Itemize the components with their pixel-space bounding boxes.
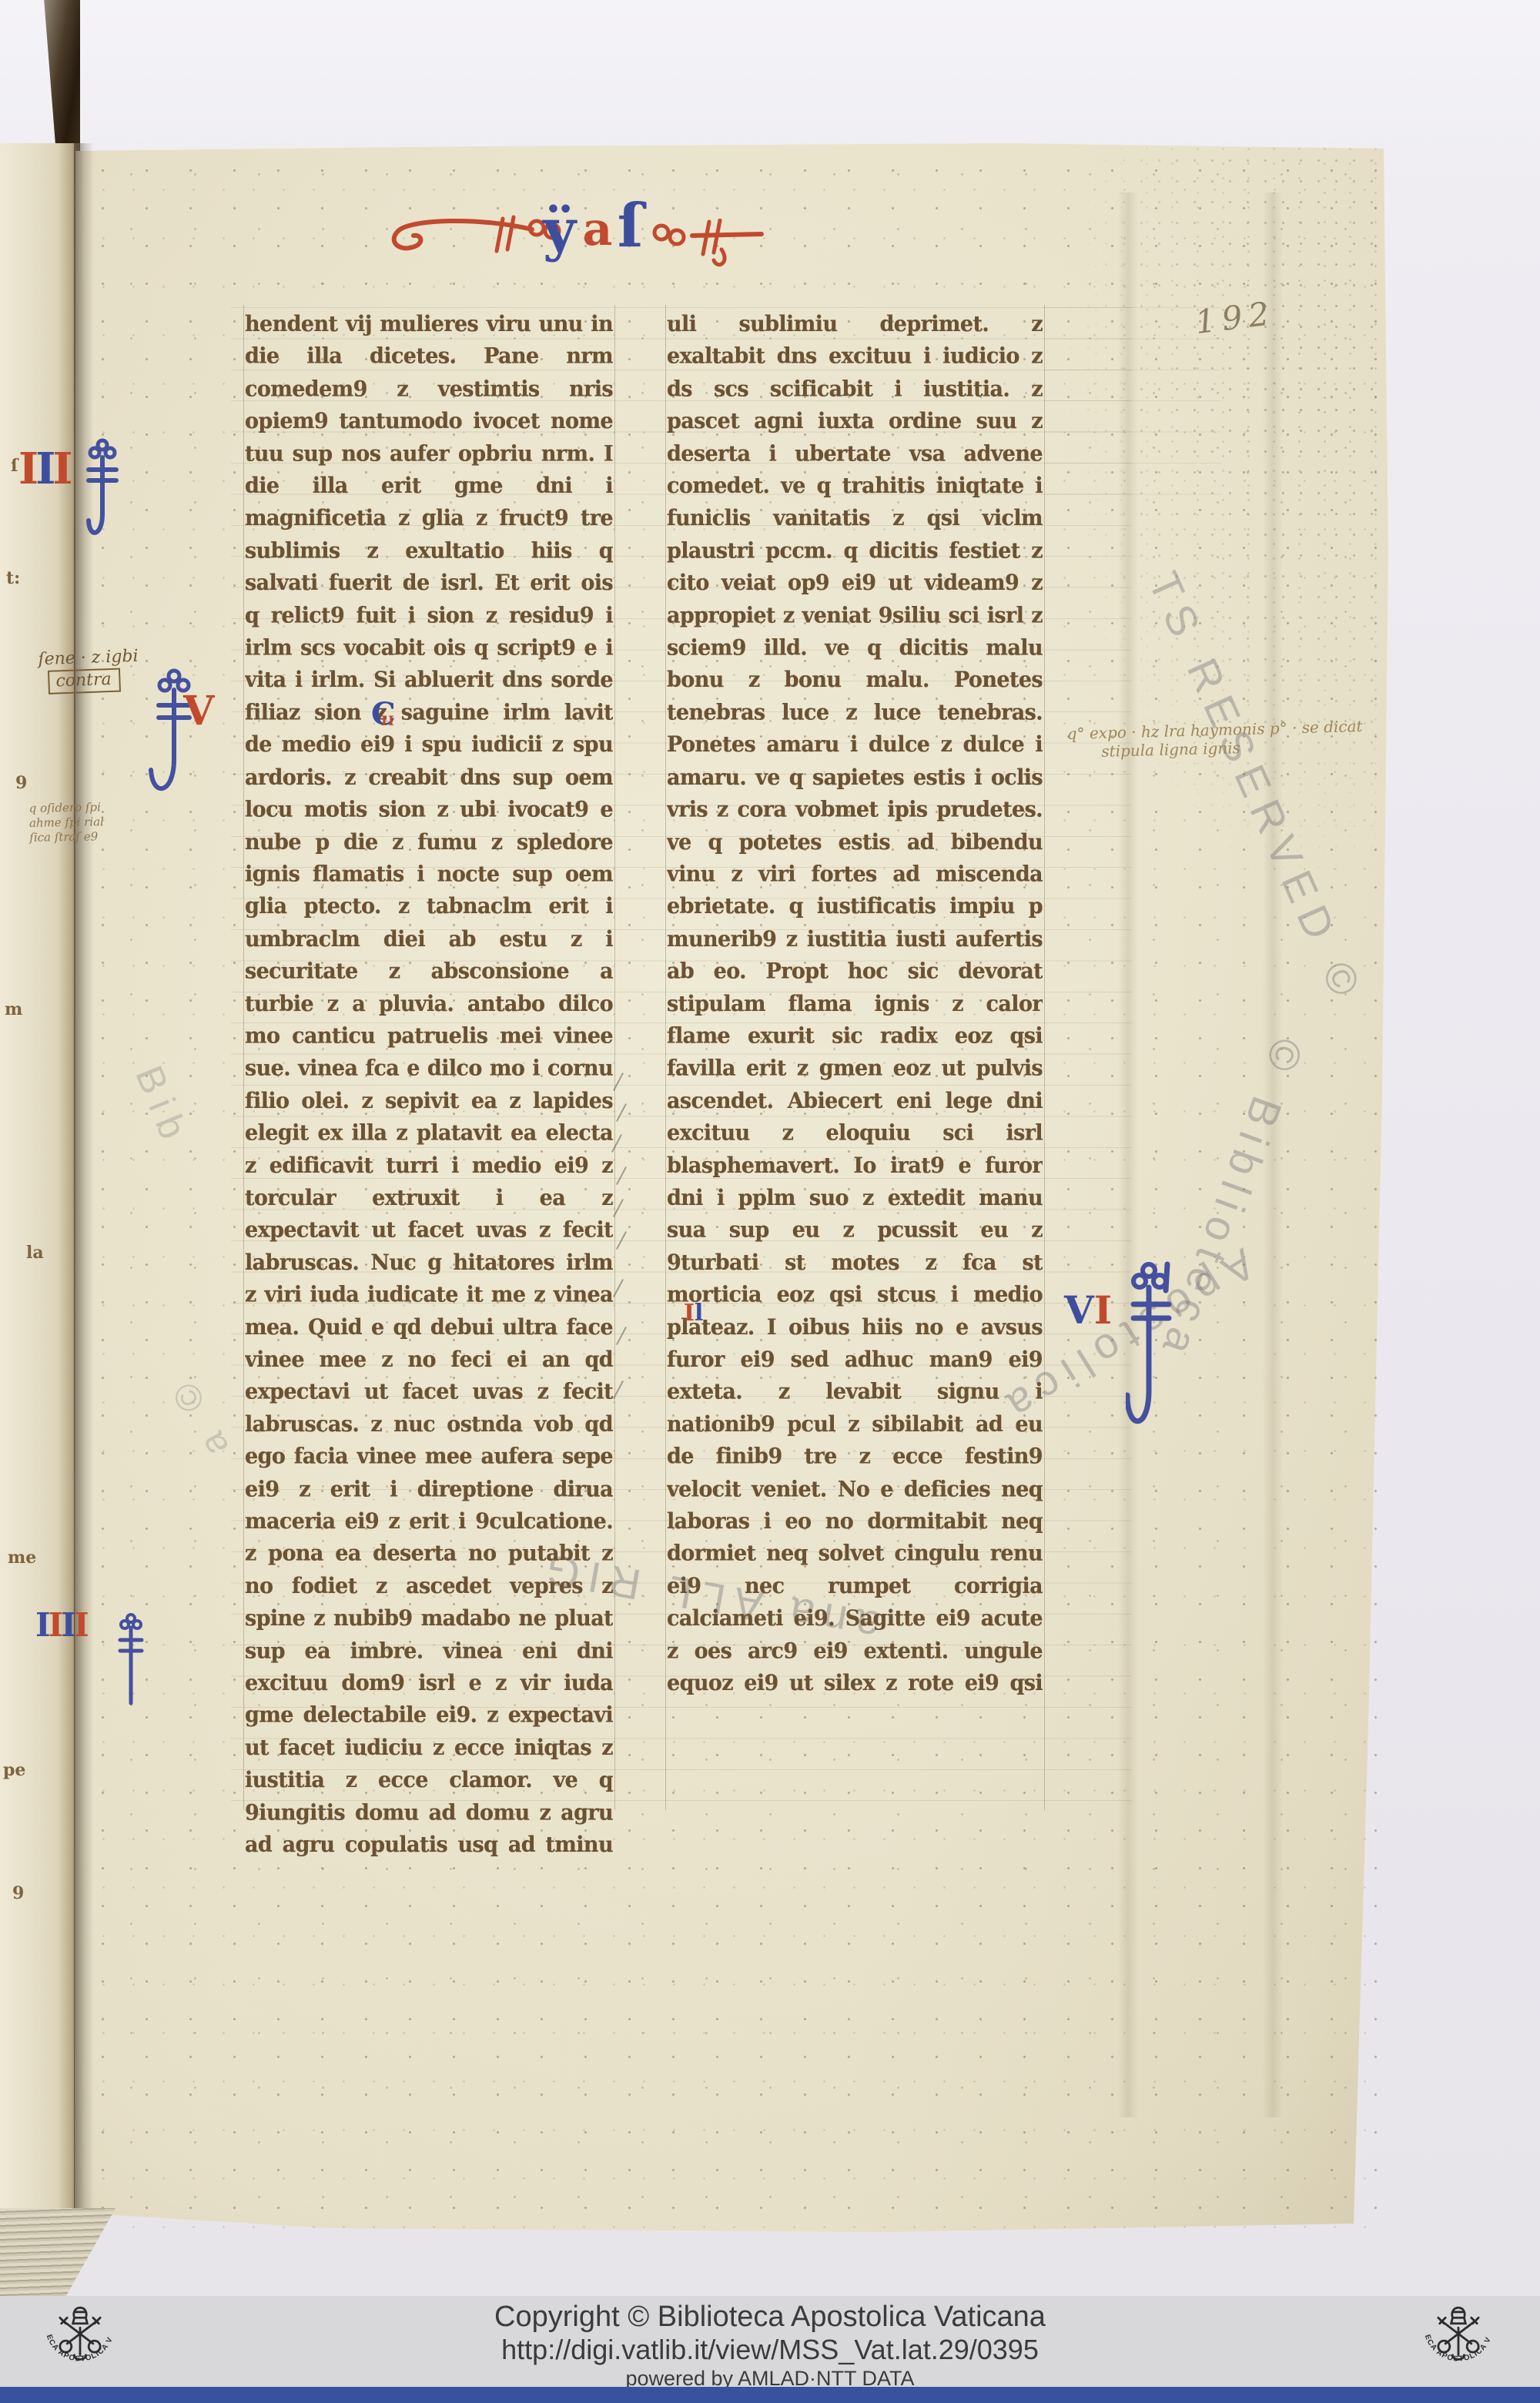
numeral: I xyxy=(61,1606,74,1644)
numeral: I xyxy=(35,443,52,494)
book-binding-edge xyxy=(40,0,80,152)
page-stack-edge xyxy=(0,2208,115,2301)
text-fragment: me xyxy=(8,1548,36,1568)
text-column-right: uli sublimiu deprimet. z exaltabit dns e… xyxy=(667,309,1043,1704)
chapter-mark-iiii: IIII xyxy=(35,1606,87,1644)
header-letter: ÿ xyxy=(543,197,576,263)
ruling-vertical xyxy=(1044,305,1045,1810)
numeral: I xyxy=(74,1606,87,1644)
text-fragment: m xyxy=(5,999,22,1019)
gloss-line: q oſidero ſpi xyxy=(29,800,104,816)
running-header: ÿ a ſ xyxy=(389,192,751,277)
margin-gloss-right: q° expo · hz lra haymonis p° · se dicat … xyxy=(1066,717,1363,761)
margin-gloss-left-small: q oſidero ſpi ahme ſpi rial ſica ſtraſ e… xyxy=(29,800,105,845)
footer-url: http://digi.vatlib.it/view/MSS_Vat.lat.2… xyxy=(0,2334,1540,2366)
chapter-mark-vi: VI xyxy=(1064,1287,1112,1333)
header-title: ÿ a ſ xyxy=(543,189,643,259)
header-letter: a xyxy=(582,202,612,256)
footer-blue-bar xyxy=(0,2387,1540,2403)
gloss-line: ſica ſtraſ e9 xyxy=(29,829,104,845)
chapter5-initial: C II xyxy=(371,699,396,730)
gloss-line-boxed: contra xyxy=(48,668,121,694)
numeral: I xyxy=(35,1606,49,1644)
text-column-left: hendent vij mulieres viru unu in die ill… xyxy=(245,309,613,1859)
header-flourish-right xyxy=(688,219,780,273)
chapter6-initial: Il xyxy=(684,1301,703,1326)
numeral: V xyxy=(183,688,214,735)
text-fragment: la xyxy=(26,1243,44,1263)
paraph-mark-icon xyxy=(85,437,120,553)
initial-letter: I xyxy=(684,1300,695,1327)
initial-filigree: II xyxy=(381,706,395,737)
initial-filigree: l xyxy=(695,1300,703,1327)
paraph-mark-icon xyxy=(1126,1260,1175,1444)
paraph-mark-icon xyxy=(117,1612,145,1712)
text-fragment: t: xyxy=(6,568,20,588)
header-letter: ſ xyxy=(618,191,644,261)
numeral: I xyxy=(49,1606,62,1644)
header-flourish-left xyxy=(381,214,543,263)
ruling-vertical xyxy=(243,305,244,1810)
text-fragment: 9 xyxy=(12,1883,24,1903)
text-fragment: pe xyxy=(3,1760,25,1780)
vatican-library-logo: BIBLIOTECA APOSTOLICA VATICANA xyxy=(37,2299,123,2385)
gloss-line: ahme ſpi rial xyxy=(29,815,104,831)
chapter-mark-iii: III xyxy=(18,443,70,494)
vatican-library-logo: BIBLIOTECA APOSTOLICA VATICANA xyxy=(1415,2299,1501,2385)
text-fragment: ſ xyxy=(11,456,18,476)
chapter-mark-v: V xyxy=(183,688,214,735)
numeral: I xyxy=(52,443,69,494)
header-ornament-right xyxy=(649,219,692,253)
text-fragment: 9 xyxy=(15,773,27,793)
margin-gloss-left-boxed: ſene · z igbi contra xyxy=(38,647,139,695)
footer-band: Copyright © Biblioteca Apostolica Vatica… xyxy=(0,2296,1540,2387)
numeral: V xyxy=(1064,1287,1094,1333)
numeral: I xyxy=(18,443,35,494)
numeral: I xyxy=(1094,1287,1112,1333)
gloss-line: ſene · z igbi xyxy=(38,647,139,670)
digitized-manuscript-page: TS RESERVED © © Biblioteca Apostolica an… xyxy=(0,0,1540,2403)
footer-copyright: Copyright © Biblioteca Apostolica Vatica… xyxy=(0,2301,1540,2334)
